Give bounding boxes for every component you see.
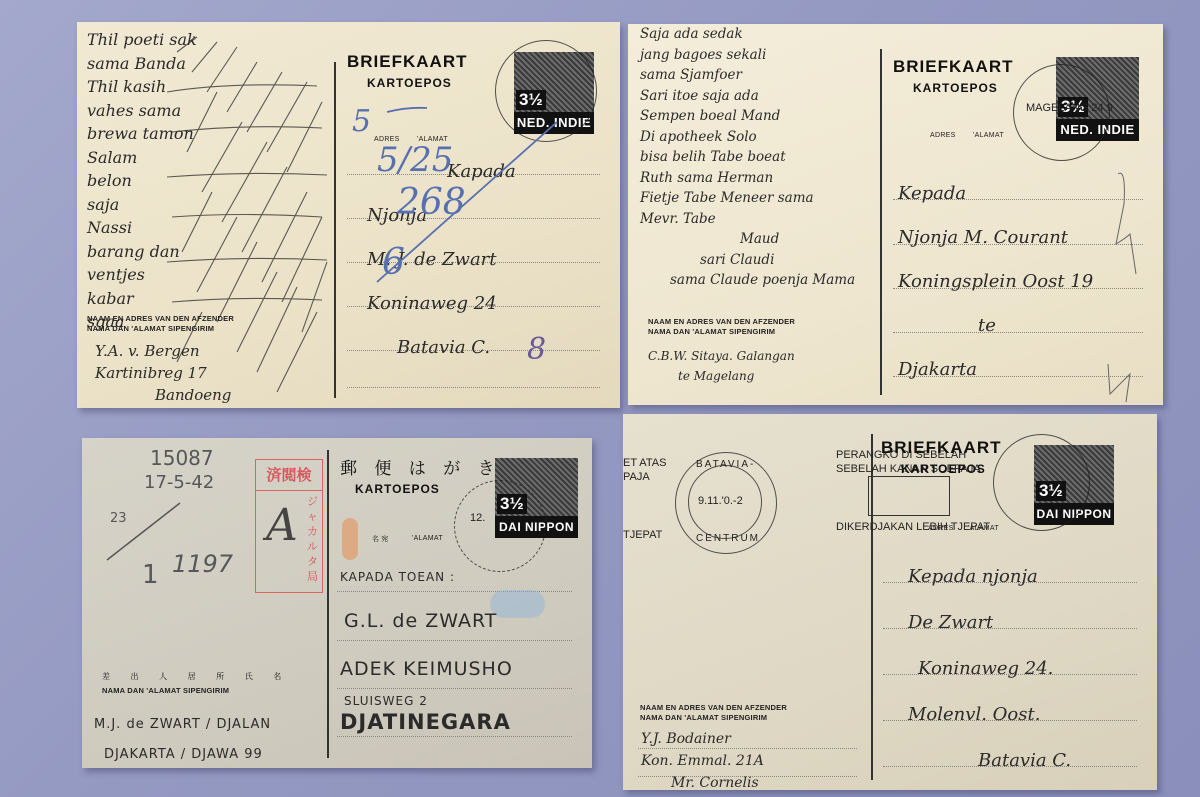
card-title: BRIEFKAART — [881, 438, 1002, 458]
card-title-japanese: 郵 便 は が き — [340, 454, 501, 479]
postmark-text: MAGELANG 24.9 — [1026, 102, 1113, 114]
address-line — [337, 640, 572, 641]
card-subtitle: KARTOEPOS — [367, 76, 452, 90]
recipient-line: ADEK KEIMUSHO — [340, 658, 513, 680]
card-divider — [880, 49, 882, 395]
blue-pen-strokes — [367, 92, 567, 292]
pencil-strokes — [1098, 164, 1158, 404]
card-subtitle: KARTOEPOS — [355, 482, 440, 496]
sender-handwritten: C.B.W. Sitaya. Galangan te Magelang — [648, 346, 795, 386]
postmark-date: 9.11.'0.-2 — [698, 495, 743, 507]
sender-handwritten: M.J. de ZWART / DJALAN DJAKARTA / DJAWA … — [94, 710, 271, 768]
sender-label: NAAM EN ADRES VAN DEN AFZENDER NAMA DAN … — [648, 317, 795, 337]
address-line — [347, 387, 600, 388]
censor-stamp: 済閲検 ジャカルタ局 A — [255, 459, 323, 593]
sender-handwritten: Y.A. v. Bergen Kartinibreg 17 Bandoeng — [95, 340, 231, 406]
postmark-city: BATAVIA- — [696, 459, 755, 470]
handwritten-message: Saja ada sedak jang bagoes sekali sama S… — [640, 24, 855, 291]
sender-handwritten: Y.J. Bodainer Kon. Emmal. 21A Mr. Cornel… — [641, 728, 764, 790]
recipient-handwritten: Kepada Njonja M. Courant Koningsplein Oo… — [898, 172, 1093, 392]
censor-initial: A — [266, 500, 298, 551]
censor-header: 済閲検 — [256, 460, 322, 491]
postcard-bottom-right: ET ATAS PAJA TJEPAT BATAVIA- 9.11.'0.-2 … — [623, 414, 1157, 790]
card-subtitle: KARTOEPOS — [913, 81, 998, 95]
pencil-slash — [102, 498, 192, 568]
address-label-japanese: 名 宛 — [372, 534, 388, 544]
card-subtitle: KARTOEPOS — [901, 462, 986, 476]
postmark-batavia-centrum — [993, 434, 1090, 531]
address-line — [337, 736, 572, 737]
postmark-date: 12. — [470, 512, 485, 524]
address-label-adres: ADRES — [930, 132, 956, 139]
recipient-line: KAPADA TOEAN : — [340, 570, 455, 584]
postmark-batavia-centrum: BATAVIA- 9.11.'0.-2 CENTRUM — [675, 452, 777, 554]
sender-label: NAMA DAN 'ALAMAT SIPENGIRIM — [102, 686, 229, 696]
recipient-line: SLUISWEG 2 — [344, 694, 428, 708]
card-title: BRIEFKAART — [893, 57, 1014, 77]
address-label-adres: ADRES — [928, 525, 954, 532]
card-divider — [327, 450, 329, 758]
postcard-top-right: BRIEFKAART KARTOEPOS 3½ NED. INDIE MAGEL… — [628, 24, 1163, 405]
address-label-alamat: 'ALAMAT — [973, 132, 1004, 139]
pencil-note: 15087 — [150, 446, 214, 470]
envelope-icon — [868, 476, 950, 516]
address-line — [337, 688, 572, 689]
blue-ink-smudge — [490, 590, 545, 618]
recipient-handwritten: Kepada njonja De Zwart Koninaweg 24. Mol… — [908, 554, 1071, 784]
pencil-note: 17-5-42 — [144, 472, 214, 493]
address-label-alamat: 'ALAMAT — [412, 535, 443, 542]
censor-office: ジャカルタ局 — [307, 494, 319, 584]
card-title: BRIEFKAART — [347, 52, 468, 72]
purple-pencil-mark: 8 — [527, 332, 546, 367]
address-label-alamat: 'ALAMAT — [968, 525, 999, 532]
machine-cancel-left: ET ATAS PAJA TJEPAT — [623, 456, 666, 542]
sender-label-japanese: 差 出 人 居 所 氏 名 — [102, 671, 290, 682]
postmark — [454, 480, 546, 572]
sender-label: NAAM EN ADRES VAN DEN AFZENDER NAMA DAN … — [87, 314, 234, 334]
postmark-district: CENTRUM — [696, 533, 760, 544]
recipient-line: DJATINEGARA — [340, 710, 511, 734]
recipient-line: G.L. de ZWART — [344, 610, 497, 632]
sender-label: NAAM EN ADRES VAN DEN AFZENDER NAMA DAN … — [640, 703, 787, 723]
postcard-top-left: BRIEFKAART KARTOEPOS 3½ NED. INDIE ADRES… — [77, 22, 620, 408]
orange-ink-smudge — [342, 518, 358, 560]
postcard-bottom-left: 郵 便 は が き KARTOEPOS 3½ DAI NIPPON 12. 名 … — [82, 438, 592, 768]
